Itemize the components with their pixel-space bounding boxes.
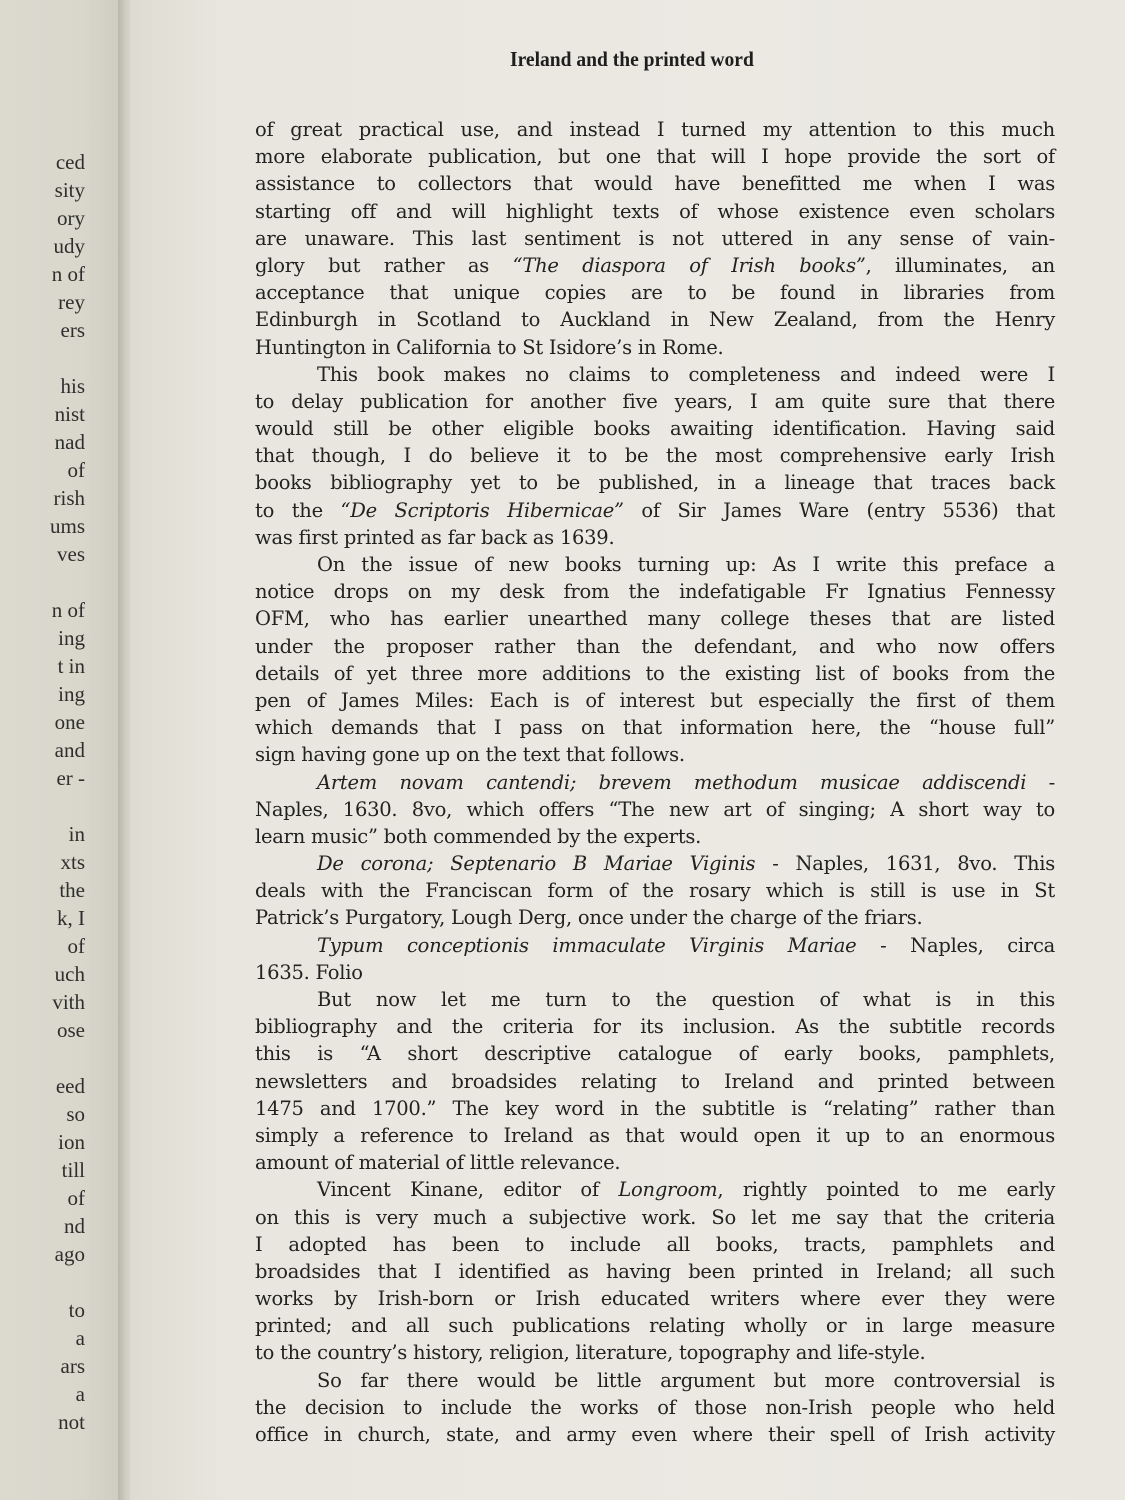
left-page-line-fragment: udy: [54, 234, 86, 259]
text-run: Patrick’s Purgatory, Lough Derg, once un…: [255, 906, 922, 929]
text-run: , rightly pointed to me early: [717, 1178, 1055, 1201]
text-run: deals with the Franciscan form of the ro…: [255, 879, 1055, 902]
left-page-line-fragment: one: [55, 710, 85, 735]
left-page-line-fragment: of: [68, 1186, 86, 1211]
text-line: 1635. Folio: [255, 959, 1055, 986]
text-run: which demands that I pass on that inform…: [255, 716, 1055, 739]
text-run: learn music” both commended by the exper…: [255, 825, 701, 848]
text-run: Edinburgh in Scotland to Auckland in New…: [255, 308, 1055, 331]
text-line: De corona; Septenario B Mariae Viginis -…: [255, 850, 1055, 877]
text-line: bibliography and the criteria for its in…: [255, 1013, 1055, 1040]
text-line: assistance to collectors that would have…: [255, 170, 1055, 197]
text-line: sign having gone up on the text that fol…: [255, 741, 1055, 768]
text-run: under the proposer rather than the defen…: [255, 635, 1055, 658]
text-run: books bibliography yet to be published, …: [255, 471, 1055, 494]
left-page-line-fragment: vith: [52, 990, 85, 1015]
italic-title: Typum conceptionis immaculate Virginis M…: [317, 934, 856, 957]
text-line: Patrick’s Purgatory, Lough Derg, once un…: [255, 904, 1055, 931]
text-line: of great practical use, and instead I tu…: [255, 116, 1055, 143]
text-run: of great practical use, and instead I tu…: [255, 118, 1055, 141]
left-page-line-fragment: k, I: [57, 906, 85, 931]
left-page-line-fragment: ves: [57, 542, 85, 567]
text-run: bibliography and the criteria for its in…: [255, 1015, 1055, 1038]
text-run: Huntington in California to St Isidore’s…: [255, 336, 723, 359]
text-line: that though, I do believe it to be the m…: [255, 442, 1055, 469]
text-line: was first printed as far back as 1639.: [255, 524, 1055, 551]
text-line: Huntington in California to St Isidore’s…: [255, 334, 1055, 361]
left-page-line-fragment: ing: [58, 626, 85, 651]
text-line: acceptance that unique copies are to be …: [255, 279, 1055, 306]
left-page-line-fragment: rish: [54, 486, 86, 511]
text-line: printed; and all such publications relat…: [255, 1312, 1055, 1339]
text-run: to delay publication for another five ye…: [255, 390, 1055, 413]
italic-title: Artem novam cantendi; brevem methodum mu…: [317, 771, 1026, 794]
text-run: printed; and all such publications relat…: [255, 1314, 1055, 1337]
left-page-line-fragment: ion: [58, 1130, 85, 1155]
left-page-line-fragment: the: [59, 878, 85, 903]
text-run: This book makes no claims to completenes…: [317, 363, 1055, 386]
text-line: simply a reference to Ireland as that wo…: [255, 1122, 1055, 1149]
left-page-line-fragment: of: [68, 458, 86, 483]
text-line: starting off and will highlight texts of…: [255, 198, 1055, 225]
left-page-line-fragment: till: [62, 1158, 85, 1183]
left-page-line-fragment: ory: [57, 206, 85, 231]
text-line: broadsides that I identified as having b…: [255, 1258, 1055, 1285]
text-line: would still be other eligible books awai…: [255, 415, 1055, 442]
left-page-line-fragment: in: [69, 822, 85, 847]
text-run: 1635. Folio: [255, 961, 363, 984]
left-page-line-fragment: uch: [55, 962, 85, 987]
text-line: the decision to include the works of tho…: [255, 1394, 1055, 1421]
left-page-line-fragment: ago: [55, 1242, 85, 1267]
text-run: pen of James Miles: Each is of interest …: [255, 689, 1055, 712]
left-page-line-fragment: rey: [58, 290, 85, 315]
left-page-line-fragment: n of: [52, 598, 85, 623]
left-page-line-fragment: er -: [56, 766, 85, 791]
italic-title: “The diaspora of Irish books”: [513, 254, 866, 277]
text-line: under the proposer rather than the defen…: [255, 633, 1055, 660]
text-line: OFM, who has earlier unearthed many coll…: [255, 605, 1055, 632]
text-run: this is “A short descriptive catalogue o…: [255, 1042, 1055, 1065]
text-run: OFM, who has earlier unearthed many coll…: [255, 607, 1055, 630]
text-run: office in church, state, and army even w…: [255, 1423, 1055, 1446]
text-run: on this is very much a subjective work. …: [255, 1206, 1055, 1229]
text-run: Naples, 1630. 8vo, which offers “The new…: [255, 798, 1055, 821]
left-page-line-fragment: of: [68, 934, 86, 959]
text-run: of Sir James Ware (entry 5536) that: [624, 499, 1055, 522]
running-head: Ireland and the printed word: [510, 47, 754, 72]
left-page-line-fragment: nist: [55, 402, 85, 427]
text-run: sign having gone up on the text that fol…: [255, 743, 685, 766]
left-page-line-fragment: ers: [61, 318, 86, 343]
text-line: are unaware. This last sentiment is not …: [255, 225, 1055, 252]
text-run: that though, I do believe it to be the m…: [255, 444, 1055, 467]
left-page-line-fragment: to: [69, 1298, 85, 1323]
text-line: this is “A short descriptive catalogue o…: [255, 1040, 1055, 1067]
text-run: I adopted has been to include all books,…: [255, 1233, 1055, 1256]
text-run: assistance to collectors that would have…: [255, 172, 1055, 195]
left-page-line-fragment: n of: [52, 262, 85, 287]
left-page-line-fragment: and: [55, 738, 85, 763]
text-run: to the country’s history, religion, lite…: [255, 1341, 926, 1364]
left-page-line-fragment: nad: [55, 430, 85, 455]
left-page-line-fragment: ums: [50, 514, 85, 539]
left-page-line-fragment: so: [66, 1102, 85, 1127]
text-run: Vincent Kinane, editor of: [317, 1178, 618, 1201]
left-page: cedsityoryudyn ofreyershisnistnadofrishu…: [0, 0, 118, 1500]
text-line: on this is very much a subjective work. …: [255, 1204, 1055, 1231]
text-line: notice drops on my desk from the indefat…: [255, 578, 1055, 605]
text-run: are unaware. This last sentiment is not …: [255, 227, 1055, 250]
text-line: more elaborate publication, but one that…: [255, 143, 1055, 170]
text-run: But now let me turn to the question of w…: [317, 988, 1055, 1011]
left-page-line-fragment: ars: [61, 1354, 86, 1379]
text-line: Artem novam cantendi; brevem methodum mu…: [255, 769, 1055, 796]
text-line: to the “De Scriptoris Hibernicae” of Sir…: [255, 497, 1055, 524]
left-page-line-fragment: his: [60, 374, 85, 399]
italic-title: “De Scriptoris Hibernicae”: [341, 499, 624, 522]
text-line: which demands that I pass on that inform…: [255, 714, 1055, 741]
left-page-line-fragment: a: [76, 1382, 85, 1407]
text-line: details of yet three more additions to t…: [255, 660, 1055, 687]
text-run: So far there would be little argument bu…: [317, 1369, 1055, 1392]
text-run: acceptance that unique copies are to be …: [255, 281, 1055, 304]
text-run: - Naples, circa: [856, 934, 1055, 957]
text-run: 1475 and 1700.” The key word in the subt…: [255, 1097, 1055, 1120]
body-text: of great practical use, and instead I tu…: [255, 116, 1055, 1448]
italic-title: Longroom: [618, 1178, 717, 1201]
text-line: office in church, state, and army even w…: [255, 1421, 1055, 1448]
text-line: So far there would be little argument bu…: [255, 1367, 1055, 1394]
left-page-line-fragment: ced: [56, 150, 85, 175]
text-run: On the issue of new books turning up: As…: [317, 553, 1055, 576]
text-run: was first printed as far back as 1639.: [255, 526, 614, 549]
text-line: pen of James Miles: Each is of interest …: [255, 687, 1055, 714]
text-run: more elaborate publication, but one that…: [255, 145, 1055, 168]
text-line: Edinburgh in Scotland to Auckland in New…: [255, 306, 1055, 333]
text-line: glory but rather as “The diaspora of Iri…: [255, 252, 1055, 279]
text-line: deals with the Franciscan form of the ro…: [255, 877, 1055, 904]
italic-title: De corona; Septenario B Mariae Viginis: [317, 852, 755, 875]
left-page-line-fragment: ing: [58, 682, 85, 707]
text-line: Typum conceptionis immaculate Virginis M…: [255, 932, 1055, 959]
text-line: amount of material of little relevance.: [255, 1149, 1055, 1176]
text-line: But now let me turn to the question of w…: [255, 986, 1055, 1013]
text-line: I adopted has been to include all books,…: [255, 1231, 1055, 1258]
text-run: newsletters and broadsides relating to I…: [255, 1070, 1055, 1093]
text-run: to the: [255, 499, 341, 522]
text-run: works by Irish-born or Irish educated wr…: [255, 1287, 1055, 1310]
text-line: Naples, 1630. 8vo, which offers “The new…: [255, 796, 1055, 823]
text-run: -: [1026, 771, 1055, 794]
text-line: On the issue of new books turning up: As…: [255, 551, 1055, 578]
text-run: the decision to include the works of tho…: [255, 1396, 1055, 1419]
text-line: works by Irish-born or Irish educated wr…: [255, 1285, 1055, 1312]
text-line: newsletters and broadsides relating to I…: [255, 1068, 1055, 1095]
text-run: broadsides that I identified as having b…: [255, 1260, 1055, 1283]
text-run: starting off and will highlight texts of…: [255, 200, 1055, 223]
left-page-line-fragment: sity: [55, 178, 85, 203]
text-line: 1475 and 1700.” The key word in the subt…: [255, 1095, 1055, 1122]
left-page-line-fragment: a: [76, 1326, 85, 1351]
text-run: would still be other eligible books awai…: [255, 417, 1055, 440]
left-page-line-fragment: t in: [58, 654, 85, 679]
text-line: learn music” both commended by the exper…: [255, 823, 1055, 850]
left-page-line-fragment: eed: [56, 1074, 85, 1099]
left-page-line-fragment: nd: [64, 1214, 85, 1239]
left-page-line-fragment: xts: [60, 850, 85, 875]
text-run: amount of material of little relevance.: [255, 1151, 620, 1174]
left-page-line-fragment: not: [58, 1410, 85, 1435]
text-run: - Naples, 1631, 8vo. This: [755, 852, 1055, 875]
text-run: details of yet three more additions to t…: [255, 662, 1055, 685]
text-run: glory but rather as: [255, 254, 513, 277]
left-page-line-fragment: ose: [57, 1018, 85, 1043]
text-line: This book makes no claims to completenes…: [255, 361, 1055, 388]
text-line: to delay publication for another five ye…: [255, 388, 1055, 415]
text-run: , illuminates, an: [866, 254, 1055, 277]
text-line: to the country’s history, religion, lite…: [255, 1339, 1055, 1366]
text-run: simply a reference to Ireland as that wo…: [255, 1124, 1055, 1147]
text-line: books bibliography yet to be published, …: [255, 469, 1055, 496]
text-run: notice drops on my desk from the indefat…: [255, 580, 1055, 603]
text-line: Vincent Kinane, editor of Longroom, righ…: [255, 1176, 1055, 1203]
